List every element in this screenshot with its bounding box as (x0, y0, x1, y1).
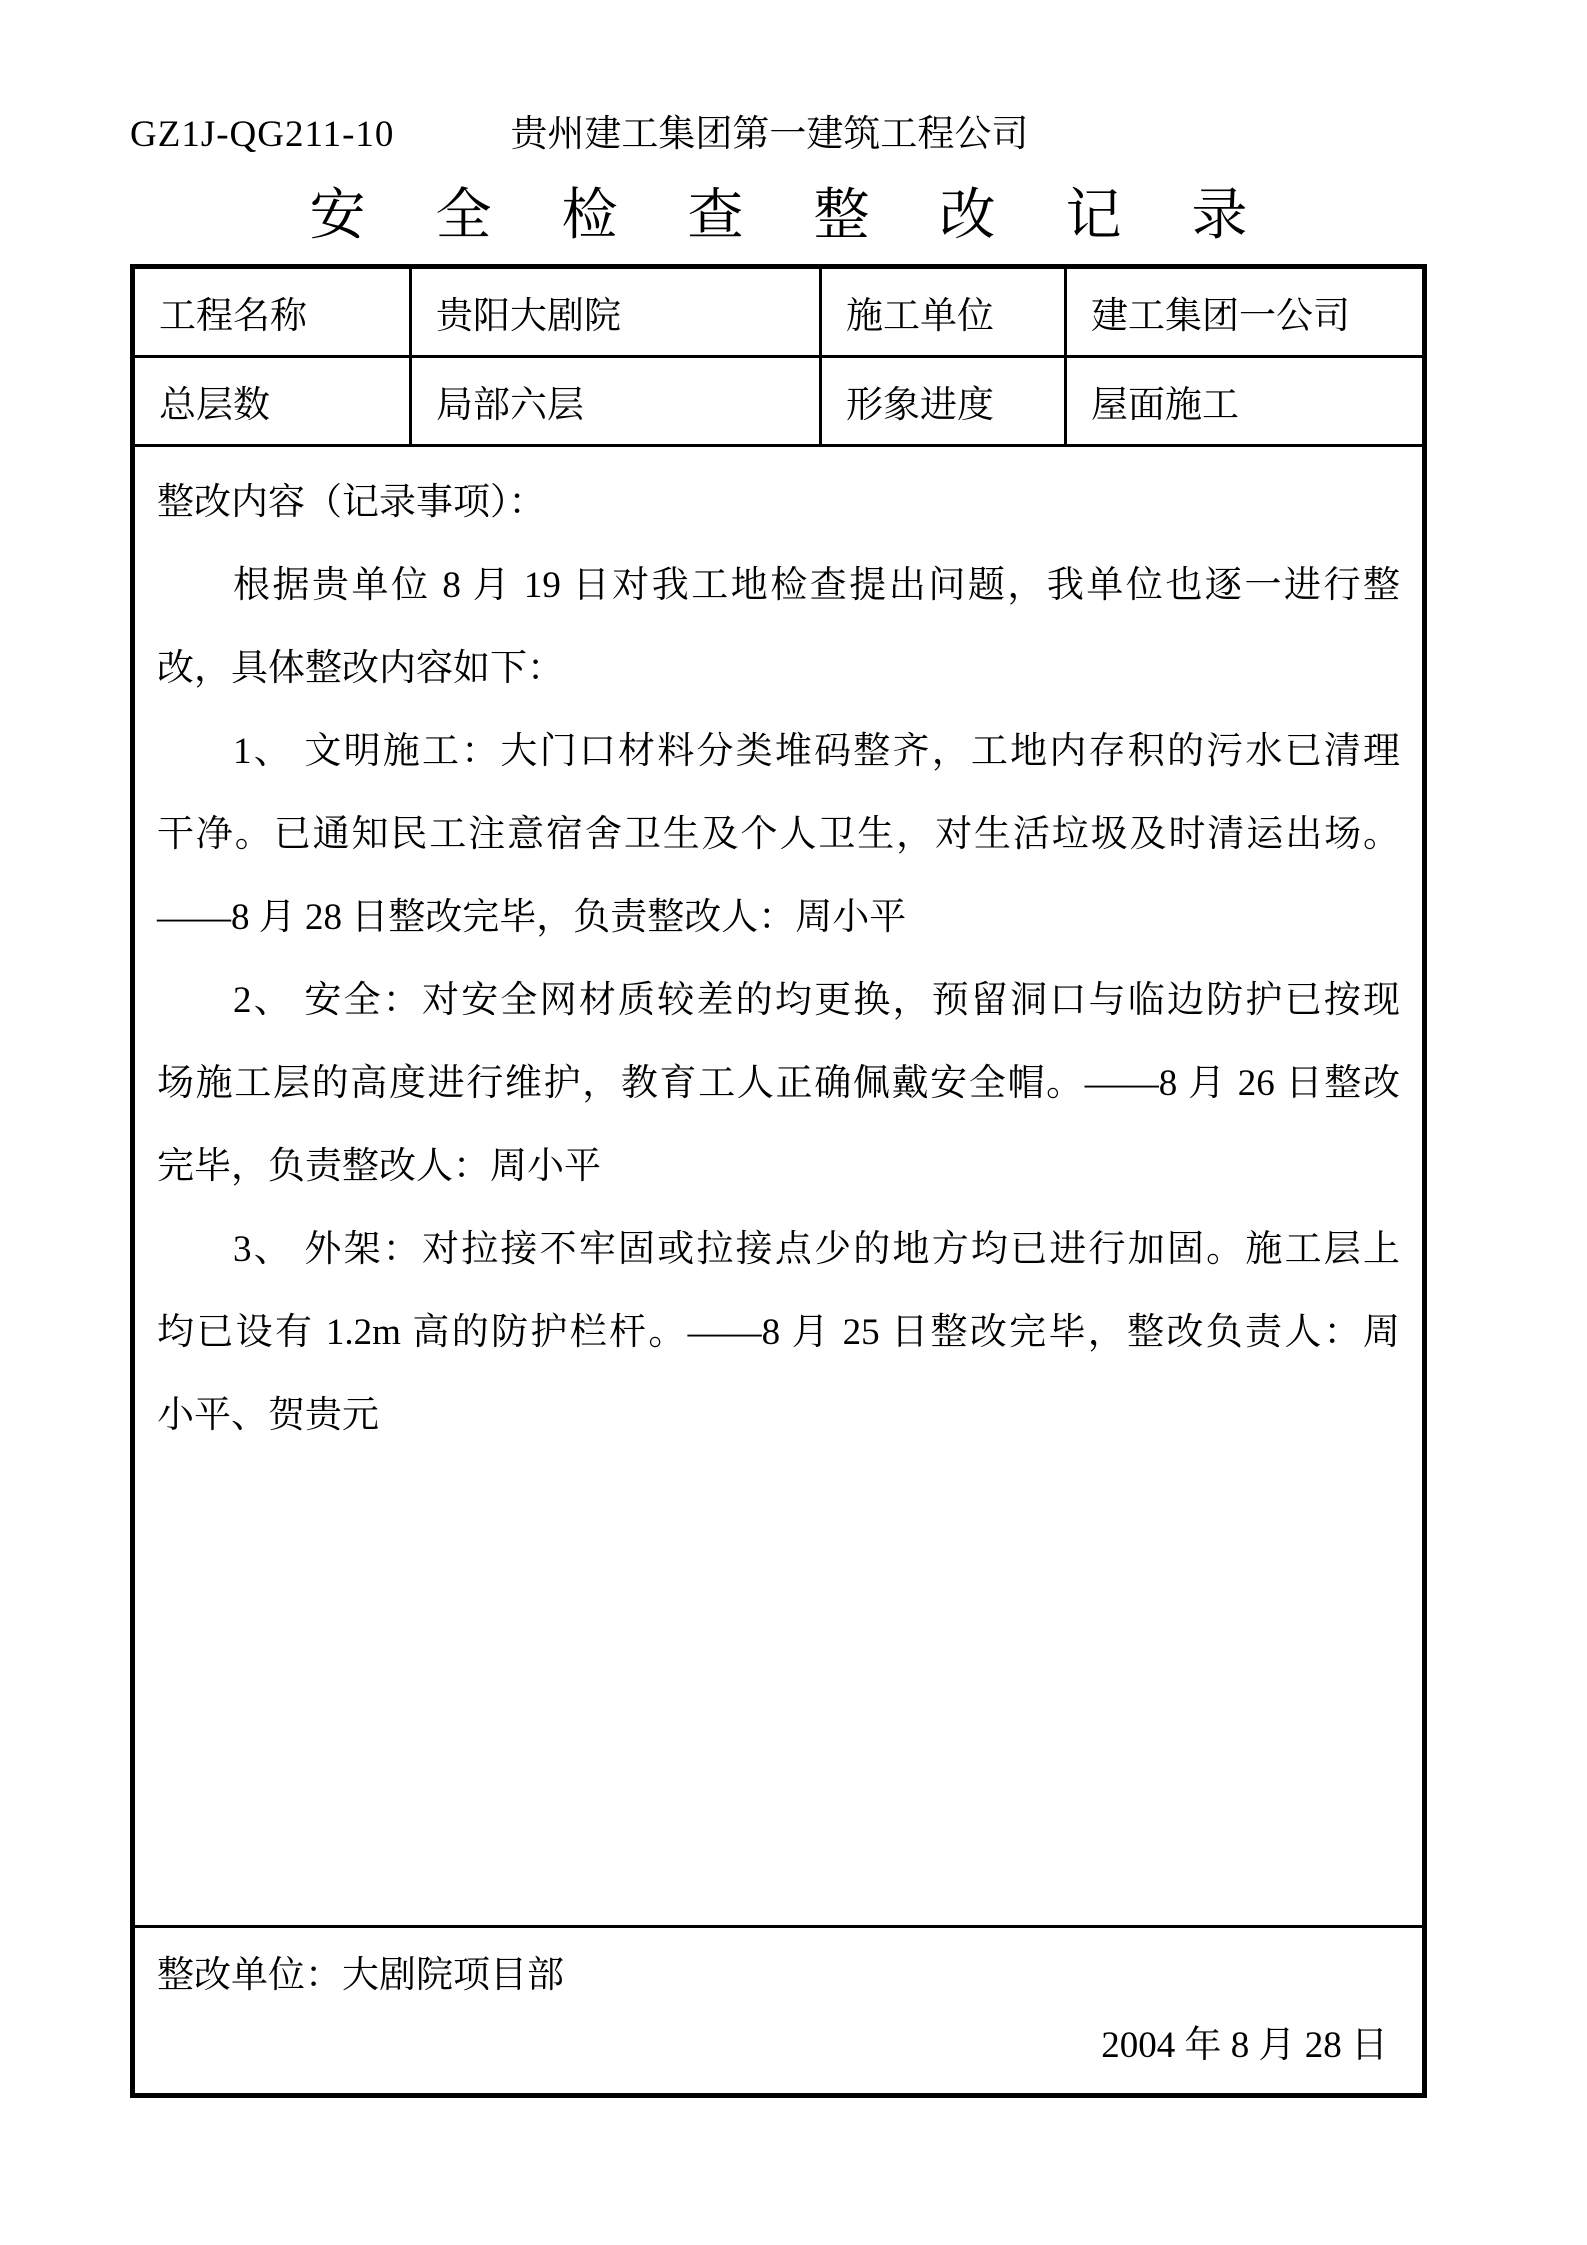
content-heading: 整改内容（记录事项）： (157, 461, 1400, 544)
form-table: 工程名称 贵阳大剧院 施工单位 建工集团一公司 总层数 局部六层 形象进度 屋面… (130, 264, 1427, 2098)
company-name: 贵州建工集团第一建筑工程公司 (510, 112, 1028, 158)
total-floors-value: 局部六层 (411, 357, 821, 446)
document-content-area: GZ1J-QG211-10 贵州建工集团第一建筑工程公司 安 全 检 查 整 改… (130, 0, 1427, 2098)
content-line: 场施工层的高度进行维护，教育工人正确佩戴安全帽。——8 月 26 日整改 (157, 1042, 1400, 1125)
content-line: 小平、贺贵元 (157, 1374, 1400, 1457)
content-line: 改，具体整改内容如下： (157, 627, 1400, 710)
rectification-unit: 整改单位：大剧院项目部 (157, 1944, 1398, 2008)
content-line: 3、 外架：对拉接不牢固或拉接点少的地方均已进行加固。施工层上 (157, 1208, 1400, 1291)
content-line: ——8 月 28 日整改完毕，负责整改人：周小平 (157, 876, 1400, 959)
table-row: 工程名称 贵阳大剧院 施工单位 建工集团一公司 (135, 269, 1422, 357)
rectification-unit-cell: 整改单位：大剧院项目部 2004 年 8 月 28 日 (135, 1925, 1422, 2093)
document-date: 2004 年 8 月 28 日 (157, 2014, 1398, 2078)
project-name-label: 工程名称 (135, 269, 411, 357)
content-line: 1、 文明施工：大门口材料分类堆码整齐，工地内存积的污水已清理 (157, 710, 1400, 793)
content-line: 2、 安全：对安全网材质较差的均更换，预留洞口与临边防护已按现 (157, 959, 1400, 1042)
document-header: GZ1J-QG211-10 贵州建工集团第一建筑工程公司 (130, 0, 1427, 158)
document-title: 安 全 检 查 整 改 记 录 (130, 184, 1427, 248)
rectification-content-cell: 整改内容（记录事项）： 根据贵单位 8 月 19 日对我工地检查提出问题，我单位… (135, 447, 1422, 1925)
total-floors-label: 总层数 (135, 357, 411, 446)
project-name-value: 贵阳大剧院 (411, 269, 821, 357)
progress-value: 屋面施工 (1066, 357, 1423, 446)
progress-label: 形象进度 (821, 357, 1066, 446)
content-line: 根据贵单位 8 月 19 日对我工地检查提出问题，我单位也逐一进行整 (157, 544, 1400, 627)
table-row: 总层数 局部六层 形象进度 屋面施工 (135, 357, 1422, 446)
construction-unit-label: 施工单位 (821, 269, 1066, 357)
content-line: 完毕，负责整改人：周小平 (157, 1125, 1400, 1208)
content-line: 干净。已通知民工注意宿舍卫生及个人卫生，对生活垃圾及时清运出场。 (157, 793, 1400, 876)
info-table: 工程名称 贵阳大剧院 施工单位 建工集团一公司 总层数 局部六层 形象进度 屋面… (135, 269, 1422, 447)
document-page: GZ1J-QG211-10 贵州建工集团第一建筑工程公司 安 全 检 查 整 改… (0, 0, 1587, 2245)
construction-unit-value: 建工集团一公司 (1066, 269, 1423, 357)
form-code: GZ1J-QG211-10 (130, 112, 394, 158)
content-line: 均已设有 1.2m 高的防护栏杆。——8 月 25 日整改完毕，整改负责人：周 (157, 1291, 1400, 1374)
